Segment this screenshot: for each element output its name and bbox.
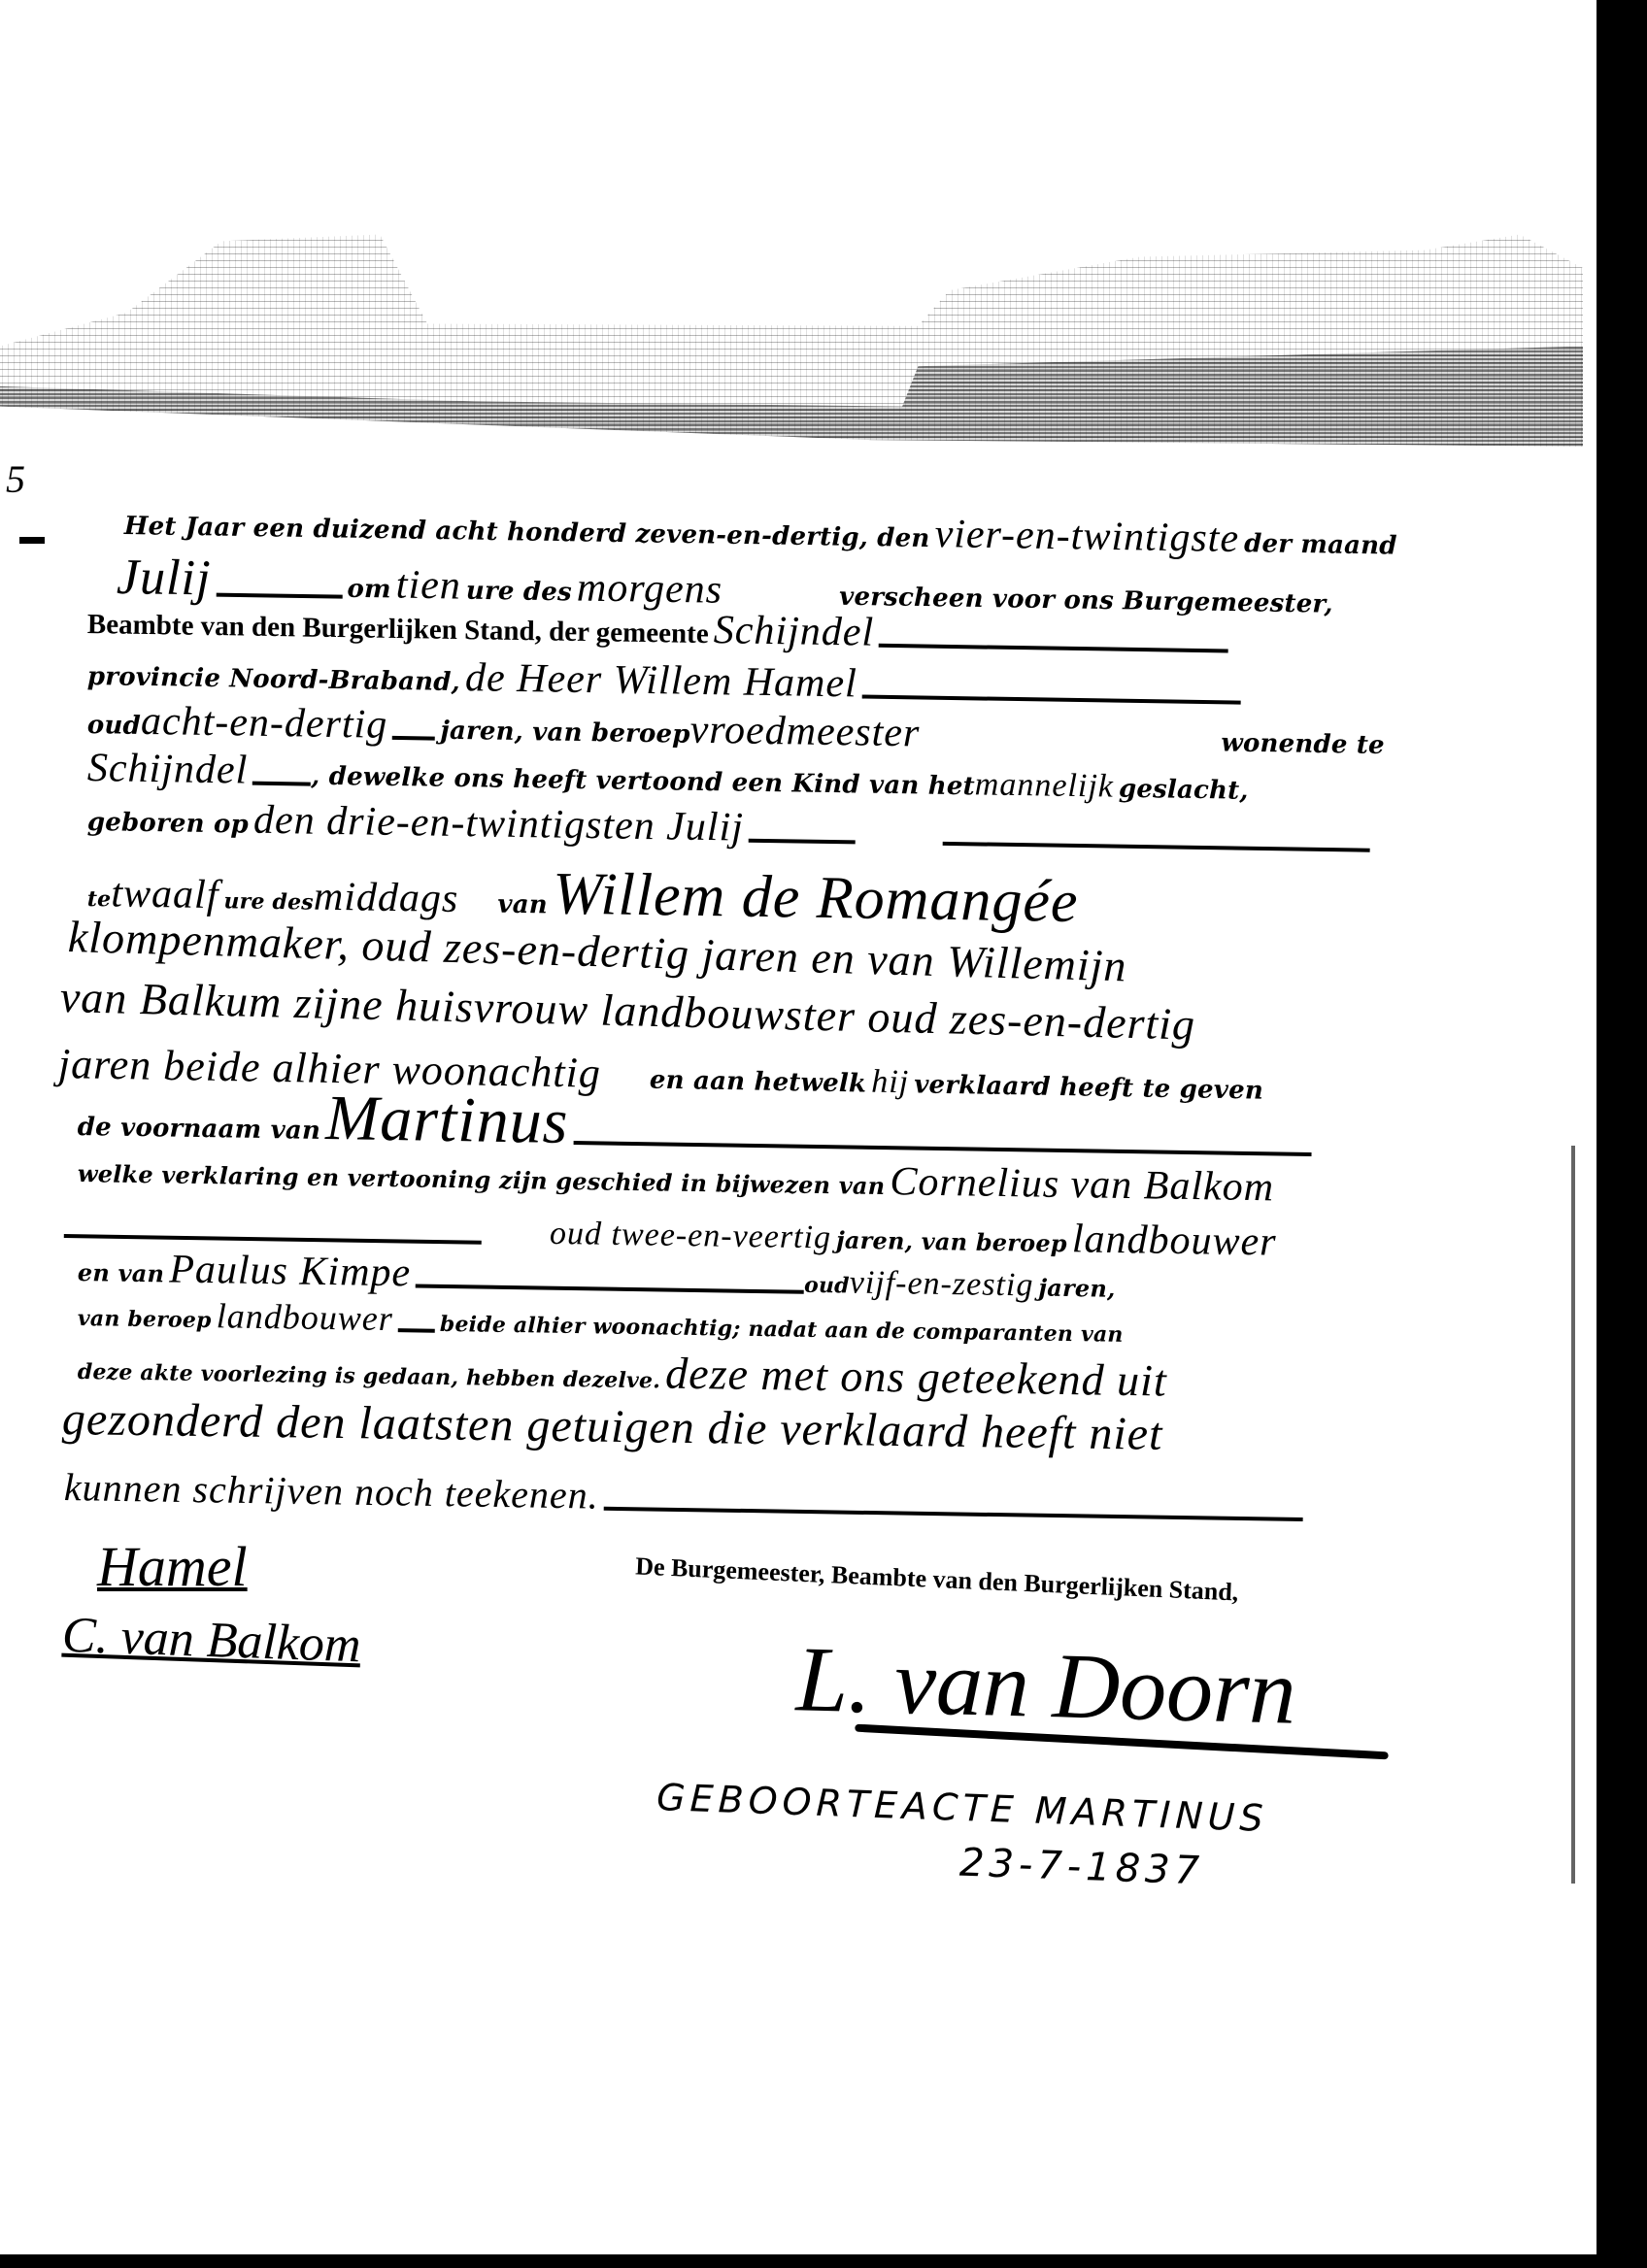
fill-rule	[216, 592, 342, 598]
handwritten-father: Willem de Romangée	[553, 861, 1079, 935]
official-label: De Burgemeester, Beambte van den Burgerl…	[635, 1551, 1239, 1607]
signature-declarant: Hamel	[97, 1534, 248, 1599]
printed-text: en van	[78, 1258, 165, 1287]
printed-text: te	[87, 886, 112, 912]
handwritten-sex: mannelijk	[975, 766, 1115, 804]
document-page: 5 Het Jaar een duizend acht honderd zeve…	[0, 0, 1597, 2254]
handwritten-residence: Schijndel	[87, 746, 249, 793]
printed-text: , dewelke ons heeft vertoond een Kind va…	[311, 762, 975, 802]
printed-text: Het Jaar een duizend acht honderd zeven-…	[124, 512, 930, 553]
fill-rule	[749, 838, 856, 844]
scan-noise-band	[0, 223, 1583, 447]
printed-text: jaren, van beroep	[440, 717, 690, 750]
fill-rule	[416, 1284, 804, 1293]
printed-text: geboren op	[87, 808, 249, 840]
scan-border-right	[1597, 0, 1647, 2268]
printed-text: jaren,	[1038, 1274, 1116, 1303]
handwritten-birth-hour: twaalf	[111, 871, 219, 917]
handwritten-birth-daypart: middags	[314, 875, 459, 921]
fill-rule	[862, 694, 1241, 704]
printed-text: provincie Noord-Braband,	[87, 662, 460, 697]
printed-text: der maand	[1244, 529, 1397, 560]
printed-text: om	[347, 575, 391, 605]
printed-text: welke verklaring en vertooning zijn gesc…	[78, 1159, 886, 1200]
fill-rule	[604, 1506, 1303, 1520]
printed-text: beide alhier woonachtig; nadat aan de co…	[440, 1312, 1124, 1348]
printed-text: jaren, van beroep	[836, 1225, 1067, 1257]
handwritten-day: vier-en-twintigste	[934, 512, 1239, 561]
printed-text: van beroep	[78, 1306, 212, 1333]
fill-rule	[392, 735, 435, 740]
printed-text: ure des	[223, 888, 314, 915]
fill-rule	[573, 1141, 1311, 1156]
annotation-title: GEBOORTEACTE MARTINUS	[655, 1776, 1268, 1840]
annotation-date: 23-7-1837	[958, 1841, 1204, 1894]
margin-mark-number: 5	[6, 456, 25, 502]
handwritten-birth-date: den drie-en-twintigsten Julij	[253, 798, 745, 850]
handwritten-closing-3: kunnen schrijven noch teekenen.	[64, 1465, 599, 1518]
handwritten-witness-2: Paulus Kimpe	[169, 1247, 412, 1295]
handwritten-witness-1-age: oud twee-en-veertig	[550, 1216, 831, 1256]
printed-text: oud	[87, 711, 141, 741]
fill-rule	[943, 841, 1370, 851]
handwritten-witness-1-profession: landbouwer	[1072, 1217, 1277, 1264]
printed-text: van	[497, 890, 548, 920]
printed-text: geslacht,	[1119, 775, 1249, 806]
fill-rule	[879, 643, 1228, 652]
margin-dash	[19, 537, 45, 544]
fill-rule	[398, 1328, 435, 1333]
record-line-19: kunnen schrijven noch teekenen.	[64, 1464, 1303, 1529]
printed-text: wonende te	[1221, 728, 1385, 760]
handwritten-declarant: de Heer Willem Hamel	[465, 655, 857, 706]
handwritten-closing-1: deze met ons geteekend uit	[665, 1349, 1167, 1406]
fill-rule	[64, 1233, 482, 1244]
handwritten-witness-2-profession: landbouwer	[216, 1296, 393, 1338]
printed-text: deze akte voorlezing is gedaan, hebben d…	[78, 1359, 661, 1393]
signature-witness: C. van Balkom	[61, 1607, 361, 1675]
handwritten-witness-1: Cornelius van Balkom	[890, 1159, 1274, 1210]
fill-rule	[252, 781, 311, 785]
printed-text: de voornaam van	[78, 1113, 321, 1146]
page-edge-shadow	[1571, 1146, 1575, 1884]
handwritten-witness-2-age: vijf-en-zestig	[849, 1264, 1033, 1303]
handwritten-municipality: Schijndel	[713, 608, 874, 655]
printed-text: oud	[804, 1273, 850, 1299]
scan-border-bottom	[0, 2254, 1647, 2268]
handwritten-child-name: Martinus	[325, 1083, 569, 1157]
handwritten-age: acht-en-dertig	[141, 699, 388, 748]
printed-text: Beambte van den Burgerlijken Stand, der …	[87, 609, 709, 650]
handwritten-profession: vroedmeester	[689, 708, 920, 756]
